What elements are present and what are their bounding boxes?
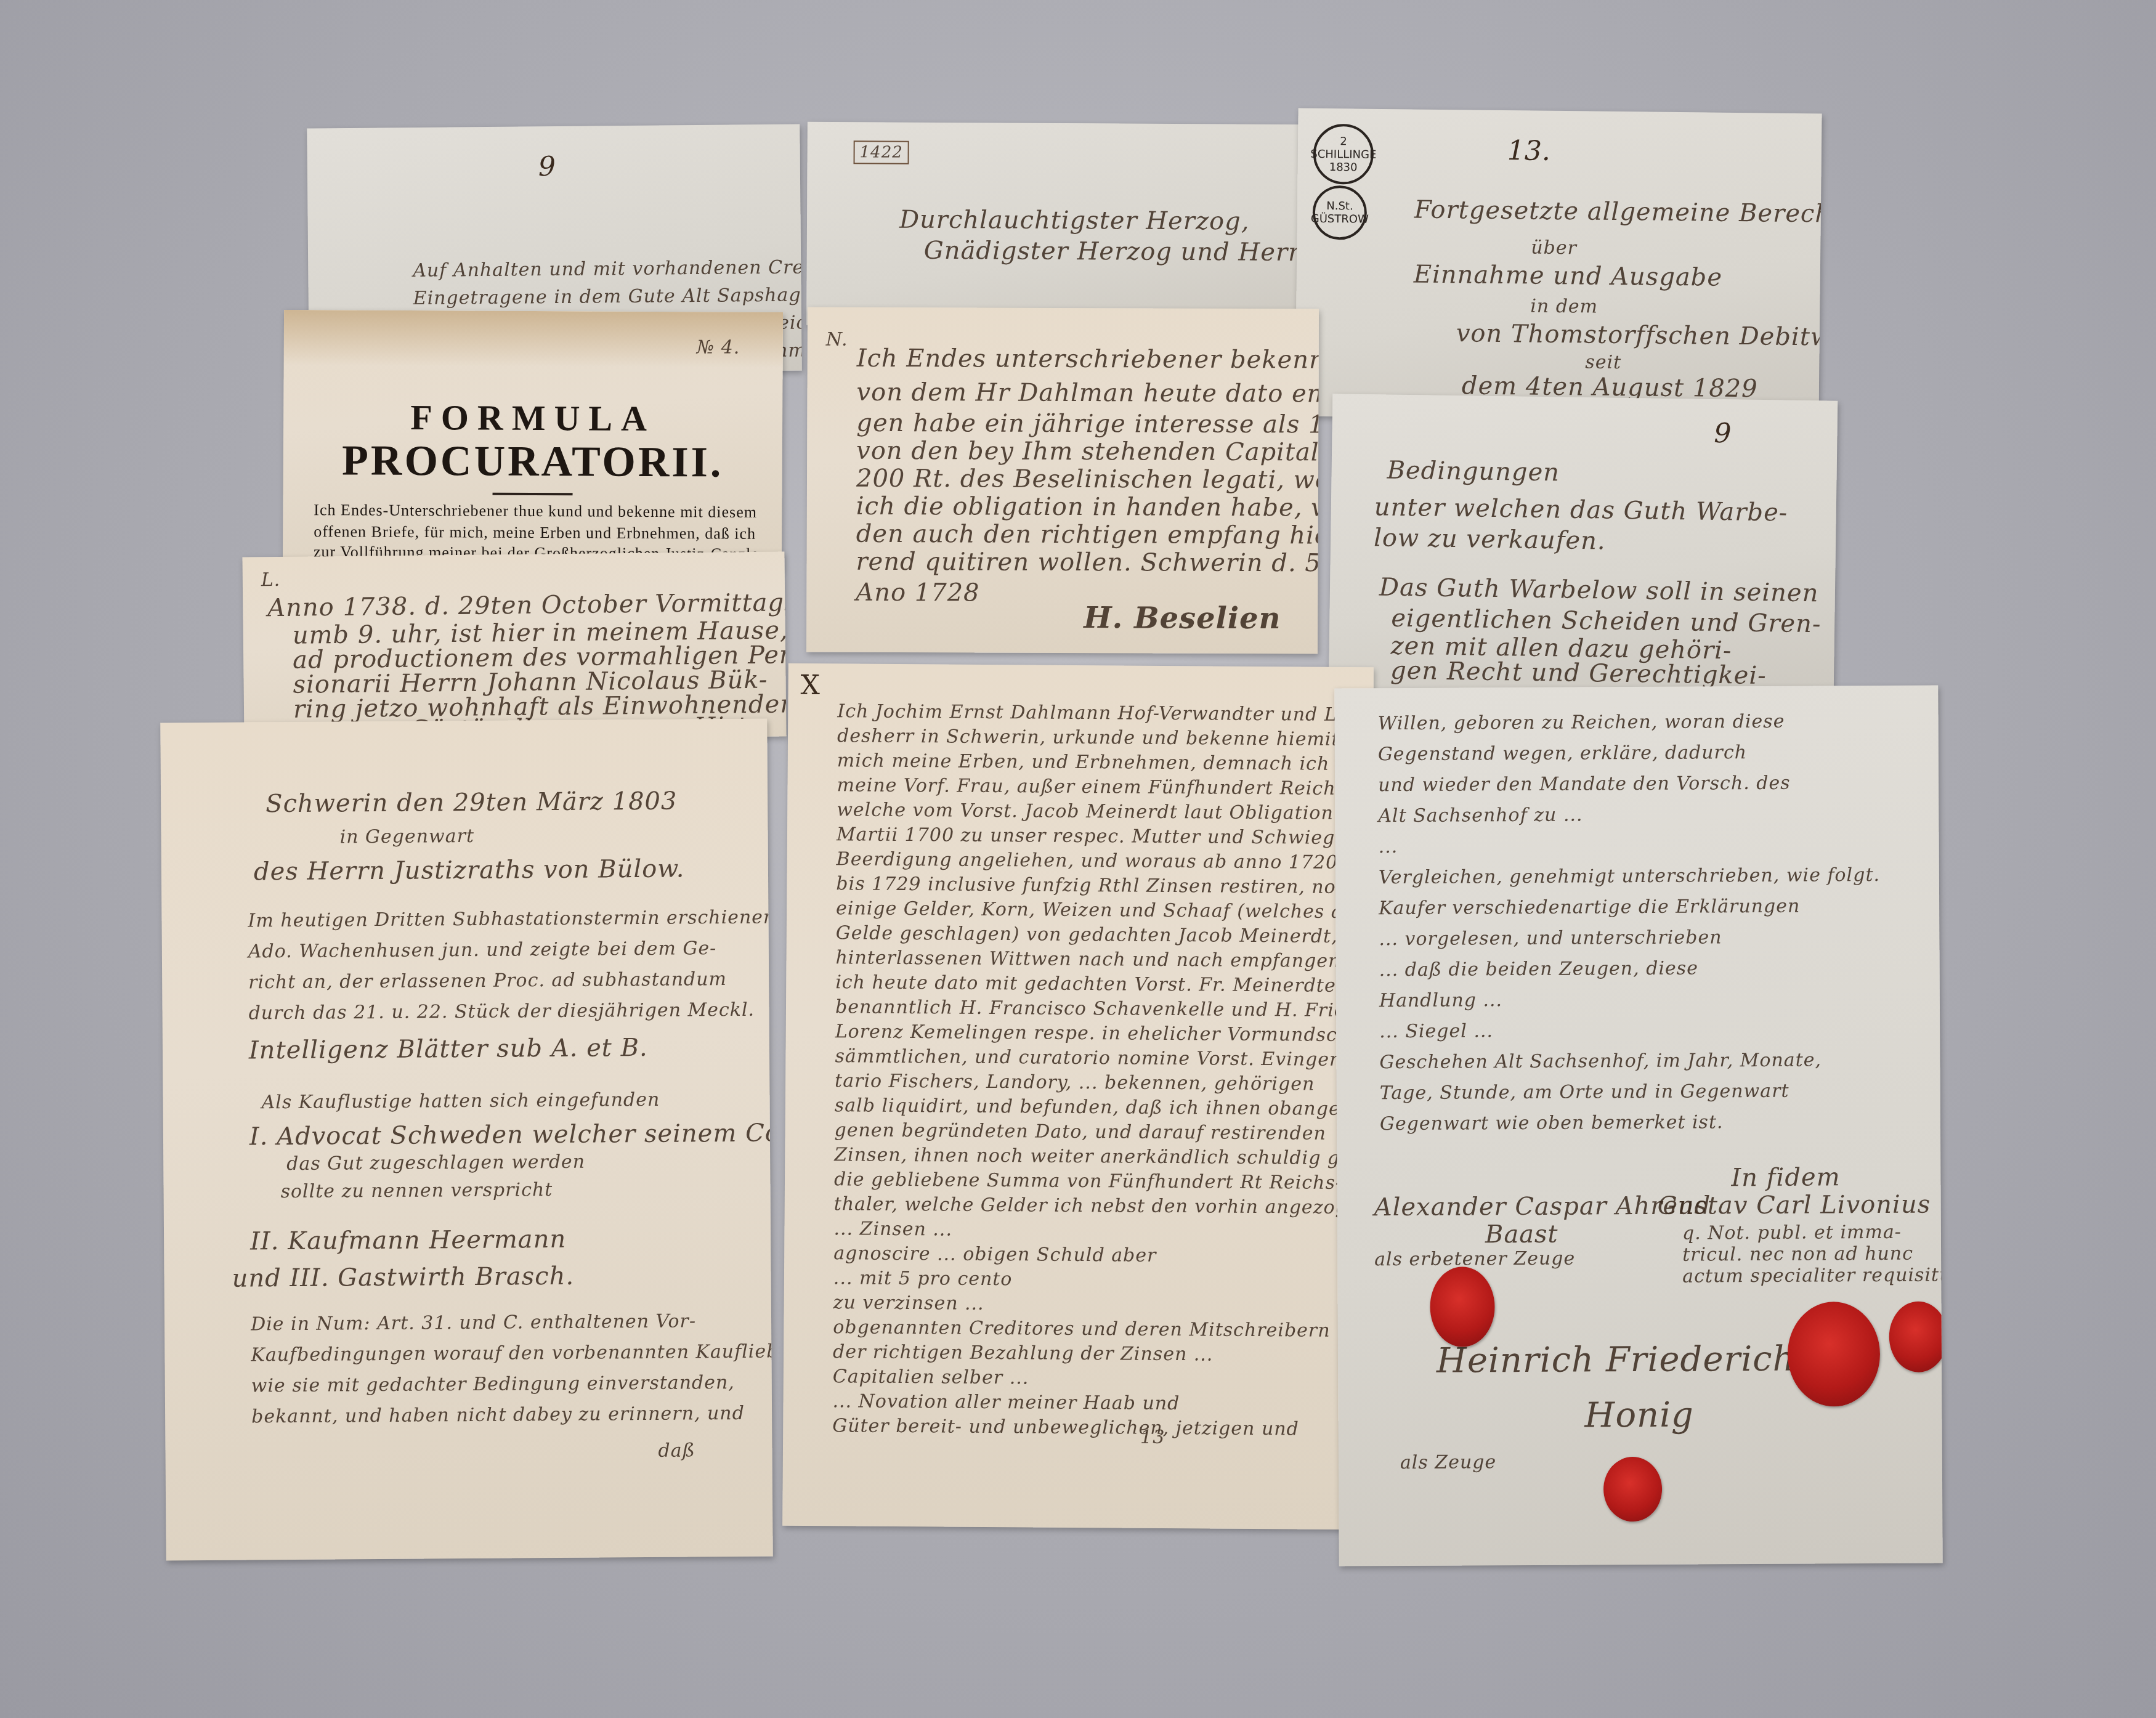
- marker: X: [800, 670, 820, 701]
- text-line: II. Kaufmann Heermann: [250, 1225, 566, 1256]
- wax-seal: [1603, 1457, 1663, 1521]
- text-line: mich meine Erben, und Erbnehmen, demnach…: [837, 750, 1374, 775]
- text-line: Lorenz Kemelingen respe. in ehelicher Vo…: [835, 1021, 1374, 1046]
- text-line: Alt Sachsenhof zu ...: [1378, 804, 1583, 827]
- text-line: Handlung ...: [1379, 989, 1502, 1011]
- page-footer: 13: [1140, 1427, 1165, 1448]
- text-line: von den bey Ihm stehenden Capital der: [856, 437, 1319, 467]
- text-line: 200 Rt. des Beselinischen legati, wo von: [856, 464, 1319, 495]
- wax-seal: [1889, 1301, 1942, 1372]
- text-line: welche vom Vorst. Jacob Meinerdt laut Ob…: [837, 799, 1374, 825]
- notary-title: q. Not. publ. et imma-: [1682, 1222, 1902, 1244]
- text-line: tario Fischers, Landory, ... bekennen, g…: [835, 1070, 1315, 1095]
- title-line: von Thomstorffschen Debitwesen: [1456, 319, 1822, 352]
- text-line: gen habe ein jährige interesse als 10 Rt…: [856, 409, 1319, 439]
- text-line: zu verzinsen ...: [833, 1292, 984, 1315]
- tax-stamp: 2 SCHILLINGE 1830: [1313, 124, 1374, 185]
- in-fidem: In fidem: [1731, 1163, 1840, 1192]
- body-line: offenen Briefe, für mich, meine Erben un…: [314, 522, 756, 543]
- text-line: durch das 21. u. 22. Stück der diesjähri…: [248, 999, 755, 1024]
- witness-role: als Zeuge: [1400, 1451, 1496, 1473]
- document-dahlmann: X Ich Jochim Ernst Dahlmann Hof-Verwandt…: [782, 663, 1374, 1530]
- text-line: obgenannten Creditores und deren Mitschr…: [833, 1316, 1330, 1342]
- text-line: benanntlich H. Francisco Schavenkelle un…: [835, 996, 1374, 1021]
- text-line: Güter bereit- und unbeweglichen, jetzige…: [832, 1415, 1299, 1440]
- text-line: ... mit 5 pro cento: [833, 1267, 1013, 1290]
- text-line: ... Siegel ...: [1379, 1020, 1493, 1042]
- text-line: Ich Jochim Ernst Dahlmann Hof-Verwandter…: [837, 700, 1368, 726]
- text-line: desherr in Schwerin, urkunde und bekenne…: [837, 725, 1374, 750]
- text-line: Ado. Wachenhusen jun. und zeigte bei dem…: [248, 938, 717, 962]
- notary-title: tricul. nec non ad hunc: [1682, 1243, 1913, 1266]
- title-line: seit: [1585, 351, 1621, 373]
- document-formula-procuratorii: № 4. FORMULA PROCURATORII. Ich Endes-Unt…: [283, 310, 783, 571]
- text-line: bis 1729 inclusive funfzig Rthl Zinsen r…: [836, 873, 1360, 898]
- text-line: Eingetragene in dem Gute Alt Sapshagen ?: [413, 284, 802, 309]
- text-line: und wieder den Mandate den Vorsch. des: [1378, 772, 1791, 796]
- witness-name: Alexander Caspar Ahrend: [1374, 1191, 1711, 1222]
- text-line: Kaufbedingungen worauf den vorbenannten …: [251, 1340, 772, 1366]
- text-line: den auch den richtigen empfang hiemit ge…: [856, 520, 1319, 550]
- body-line: Ich Endes-Unterschriebener thue kund und…: [314, 501, 757, 522]
- text-line: ... Novation aller meiner Haab und: [832, 1390, 1180, 1414]
- text-line: Kaufer verschiedenartige die Erklärungen: [1379, 896, 1800, 920]
- document-beselien-receipt: N. Ich Endes unterschriebener bekenne da…: [806, 307, 1319, 654]
- text-line: Geschehen Alt Sachsenhof, im Jahr, Monat…: [1379, 1049, 1822, 1073]
- document-schwerin-1803: Schwerin den 29ten März 1803 in Gegenwar…: [160, 719, 772, 1561]
- title-line: Einnahme und Ausgabe: [1414, 261, 1723, 292]
- text-line: Beerdigung angeliehen, und woraus ab ann…: [837, 848, 1374, 873]
- salutation-line: Gnädigster Herzog und Herr: [924, 237, 1301, 267]
- document-sealed-deed: Willen, geboren zu Reichen, woran dieseG…: [1334, 685, 1942, 1566]
- document-ref: № 4.: [697, 336, 740, 358]
- title-line: unter welchen das Guth Warbe-: [1374, 493, 1788, 527]
- text-line: Capitalien selber ...: [833, 1366, 1029, 1388]
- title-line: in dem: [1530, 296, 1598, 318]
- text-line: Das Guth Warbelow soll in seinen: [1379, 573, 1819, 607]
- text-line: gen Recht und Gerechtigkei-: [1390, 657, 1767, 691]
- text-line: genen begründeten Dato, und darauf resti…: [834, 1119, 1326, 1145]
- file-number: 1422: [854, 140, 909, 164]
- dahlmann-text-block: Ich Jochim Ernst Dahlmann Hof-Verwandter…: [788, 663, 1374, 668]
- marker: L.: [261, 569, 281, 591]
- text-line: Martii 1700 zu unser respec. Mutter und …: [837, 824, 1374, 849]
- text-line: ich die obligation in handen habe, verpf…: [856, 492, 1319, 522]
- title-line: Fortgesetzte allgemeine Berechnung: [1414, 196, 1822, 229]
- witness-role: als erbetener Zeuge: [1374, 1248, 1575, 1271]
- text-line: thaler, welche Gelder ich nebst den vorh…: [834, 1193, 1374, 1218]
- signature: H. Beselien: [1084, 601, 1281, 636]
- salutation-line: Durchlauchtigster Herzog,: [899, 206, 1250, 236]
- text-line: sollte zu nennen verspricht: [280, 1179, 553, 1202]
- title-rule: [493, 493, 573, 496]
- text-line: rend quitiren wollen. Schwerin d. 5. Feb…: [856, 548, 1319, 578]
- text-line: ich heute dato mit gedachten Vorst. Fr. …: [835, 971, 1374, 997]
- text-line: I. Advocat Schweden welcher seinem Commi…: [249, 1118, 773, 1151]
- text-line: von dem Hr Dahlman heute dato empfan-: [856, 378, 1319, 408]
- text-line: einige Gelder, Korn, Weizen und Schaaf (…: [836, 897, 1374, 923]
- page-number: 9: [538, 151, 556, 182]
- document-stamped-account: 2 SCHILLINGE 1830 N.St. GÜSTROW 13. Fort…: [1295, 108, 1822, 422]
- text-line: ... vorgelesen, und unterschrieben: [1379, 926, 1722, 950]
- text-line: ... daß die beiden Zeugen, diese: [1379, 957, 1698, 981]
- text-line: Auf Anhalten und mit vorhandenen Credent…: [413, 256, 802, 282]
- town-stamp: N.St. GÜSTROW: [1312, 185, 1367, 240]
- document-herzog-letter: 1422 Durchlauchtigster Herzog, Gnädigste…: [806, 122, 1313, 328]
- document-warbelow-conditions: 9 Bedingungen unter welchen das Guth War…: [1329, 394, 1838, 696]
- notary-title: actum specialiter requisitus.: [1682, 1264, 1943, 1287]
- text-line: wie sie mit gedachter Bedingung einverst…: [251, 1372, 735, 1396]
- text-line: ...: [1379, 836, 1398, 857]
- wax-seal: [1430, 1266, 1495, 1347]
- text-line: der richtigen Bezahlung der Zinsen ...: [833, 1341, 1214, 1365]
- text-line: Vergleichen, genehmigt unterschrieben, w…: [1379, 864, 1880, 888]
- title-line: über: [1531, 237, 1577, 259]
- text-line: sämmtlichen, und curatorio nomine Vorst.…: [835, 1045, 1374, 1071]
- text-line: meine Vorf. Frau, außer einem Fünfhunder…: [837, 774, 1373, 800]
- text-line: und III. Gastwirth Brasch.: [232, 1262, 574, 1293]
- page-number: 13.: [1507, 135, 1551, 167]
- witness-name: Honig: [1584, 1395, 1694, 1436]
- title-formula: FORMULA: [283, 396, 782, 440]
- text-line: daß: [658, 1440, 695, 1461]
- text-line: ... Zinsen ...: [833, 1218, 952, 1240]
- witness-name: Baast: [1485, 1220, 1558, 1249]
- title-procuratorii: PROCURATORII.: [283, 436, 782, 488]
- marker: N.: [826, 329, 848, 350]
- text-line: Schwerin den 29ten März 1803: [265, 787, 678, 819]
- title-line: low zu verkaufen.: [1374, 524, 1606, 555]
- title-line: Bedingungen: [1387, 456, 1560, 487]
- text-line: Ich Endes unterschriebener bekenne das S…: [857, 344, 1319, 375]
- text-line: Intelligenz Blätter sub A. et B.: [249, 1034, 648, 1065]
- wax-seal: [1788, 1302, 1881, 1407]
- text-line: agnoscire ... obigen Schuld aber: [833, 1242, 1156, 1266]
- text-line: Im heutigen Dritten Subhastationstermin …: [248, 906, 772, 932]
- text-line: salb liquidirt, und befunden, daß ich ih…: [835, 1095, 1369, 1120]
- text-line: Die in Num: Art. 31. und C. enthaltenen …: [251, 1310, 696, 1335]
- text-line: richt an, der erlassenen Proc. ad subhas…: [248, 968, 727, 993]
- text-line: Willen, geboren zu Reichen, woran diese: [1377, 711, 1785, 734]
- text-line: das Gut zugeschlagen werden: [286, 1151, 585, 1175]
- text-line: bekannt, und haben nicht dabey zu erinne…: [251, 1403, 745, 1428]
- text-line: Tage, Stunde, am Orte und in Gegenwart: [1380, 1080, 1789, 1104]
- text-line: in Gegenwart: [339, 825, 474, 848]
- text-line: Gelde geschlagen) von gedachten Jacob Me…: [836, 922, 1374, 948]
- date-line: Ano 1728: [856, 578, 979, 607]
- page-number: 9: [1714, 418, 1732, 449]
- text-line: die gebliebene Summa von Fünfhundert Rt …: [834, 1169, 1342, 1194]
- document-anno-1738: L. Anno 1738. d. 29ten October Vormittag…: [242, 551, 786, 742]
- text-line: Zinsen, ihnen noch weiter anerkändlich s…: [834, 1144, 1374, 1170]
- text-line: hinterlassenen Wittwen nach und nach emp…: [835, 947, 1373, 973]
- text-line: Gegenwart wie oben bemerket ist.: [1380, 1111, 1724, 1135]
- text-line: des Herrn Justizraths von Bülow.: [254, 855, 685, 886]
- text-line: Gegenstand wegen, erkläre, dadurch: [1378, 742, 1747, 765]
- text-line: Als Kauflustige hatten sich eingefunden: [261, 1089, 660, 1114]
- witness-name: Heinrich Friederich: [1437, 1339, 1796, 1381]
